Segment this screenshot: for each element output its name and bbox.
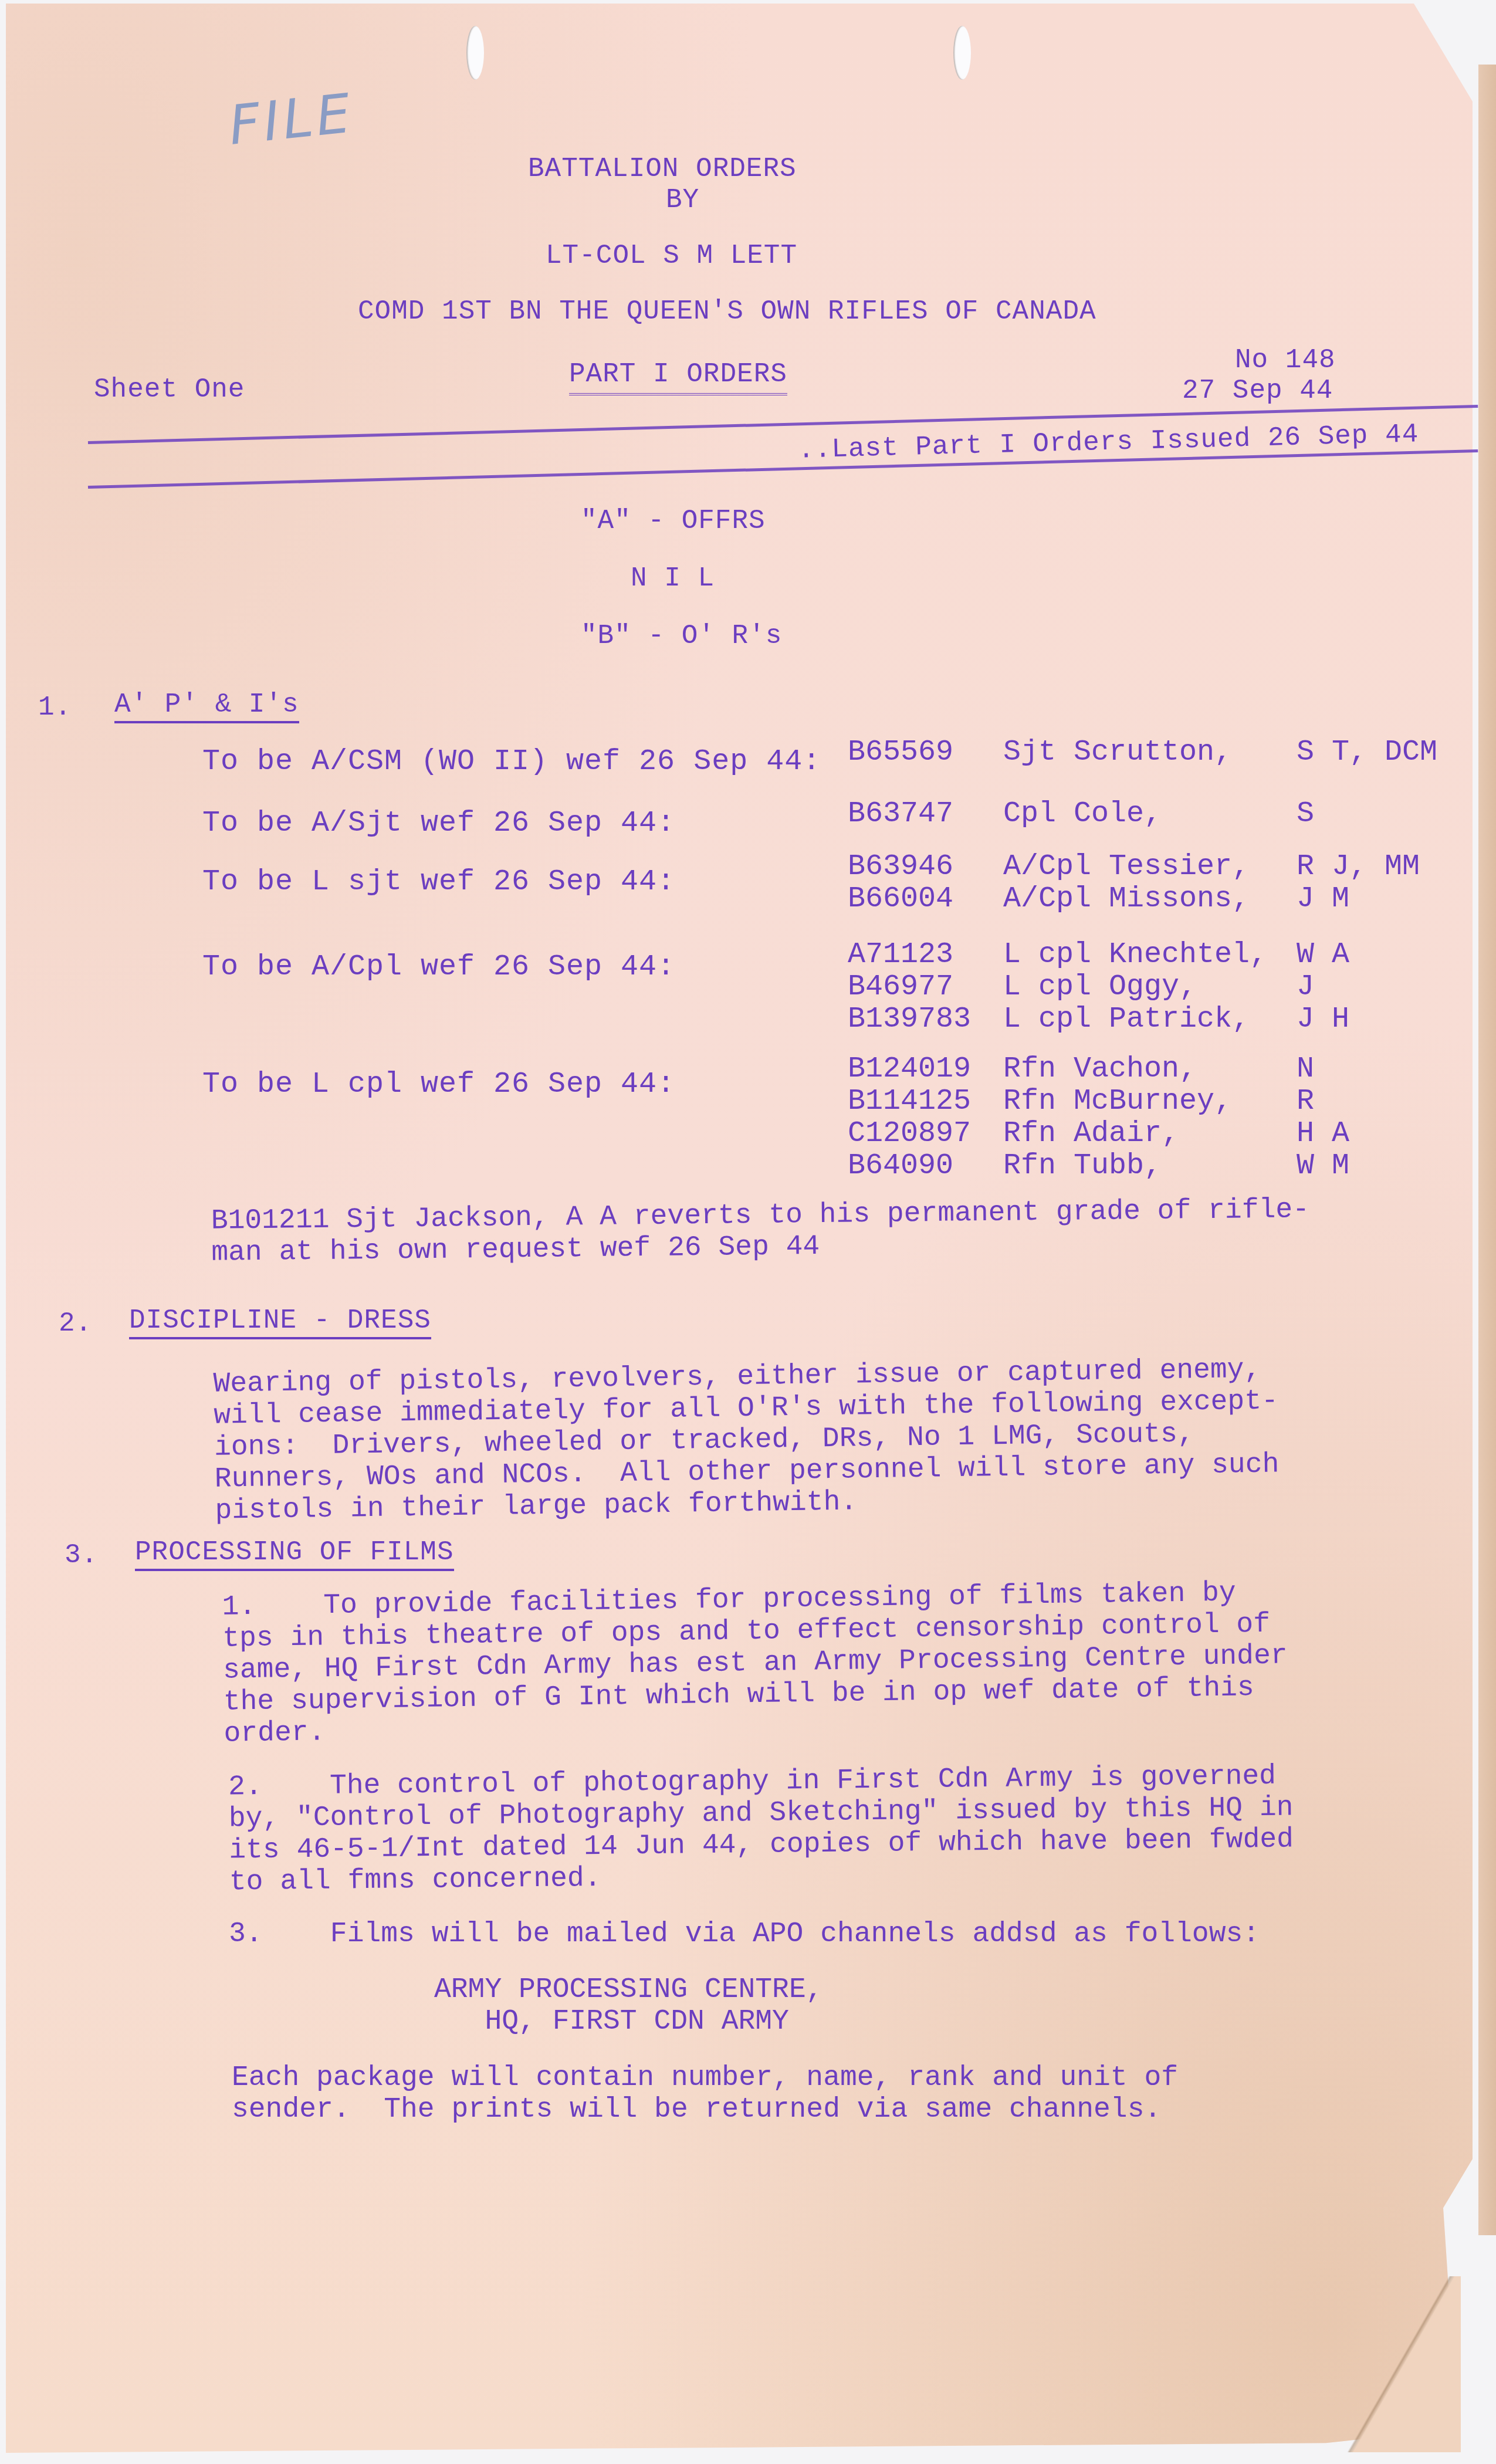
group-entries: B124019Rfn Vachon,N B114125Rfn McBurney,… (848, 1053, 1349, 1182)
handwritten-file-note: FILE (226, 82, 357, 157)
order-date: 27 Sep 44 (1182, 375, 1333, 406)
group-label: To be A/CSM (WO II) wef 26 Sep 44: (202, 745, 821, 779)
item-1-number: 1. (38, 692, 72, 723)
part-orders-title: PART I ORDERS (569, 359, 787, 395)
group-entries: B63946A/Cpl Tessier,R J, MM B66004A/Cpl … (848, 851, 1420, 915)
entry-row: B114125Rfn McBurney,R (848, 1085, 1349, 1118)
item-2-body: Wearing of pistols, revolvers, either is… (213, 1353, 1280, 1527)
group-label: To be A/Sjt wef 26 Sep 44: (202, 807, 675, 840)
entry-row: B63747Cpl Cole,S (848, 798, 1314, 830)
entry-row: B124019Rfn Vachon,N (848, 1053, 1349, 1085)
punch-hole (466, 26, 484, 80)
item-2-number: 2. (59, 1308, 92, 1339)
folded-corner (1343, 2276, 1461, 2452)
order-number: No 148 (1235, 345, 1336, 375)
section-a-title: "A" - OFFRS (581, 506, 766, 536)
entry-row: B66004A/Cpl Missons,J M (848, 883, 1420, 915)
punch-hole (953, 26, 971, 80)
section-a-body: N I L (631, 563, 715, 594)
item-3-para-1: 1. To provide facilities for processing … (222, 1576, 1288, 1749)
header-commander: LT-COL S M LETT (546, 241, 797, 271)
entry-row: B63946A/Cpl Tessier,R J, MM (848, 851, 1420, 883)
entry-row: B64090Rfn Tubb,W M (848, 1150, 1349, 1182)
group-entries: B65569Sjt Scrutton,S T, DCM (848, 736, 1437, 769)
section-b-title: "B" - O' R's (581, 621, 782, 651)
item-3-para-2: 2. The control of photography in First C… (228, 1761, 1294, 1898)
entry-row: A71123L cpl Knechtel,W A (848, 939, 1349, 971)
mailing-address: ARMY PROCESSING CENTRE, HQ, FIRST CDN AR… (434, 1974, 823, 2037)
underlying-page-edge (1478, 65, 1496, 2235)
group-entries: A71123L cpl Knechtel,W A B46977L cpl Ogg… (848, 939, 1349, 1035)
header-title: BATTALION ORDERS (528, 154, 797, 184)
group-entries: B63747Cpl Cole,S (848, 798, 1314, 830)
item-1-heading: A' P' & I's (114, 689, 299, 723)
group-label: To be L cpl wef 26 Sep 44: (202, 1068, 675, 1101)
entry-row: C120897Rfn Adair,H A (848, 1118, 1349, 1150)
header-by: BY (666, 185, 699, 215)
header-unit: COMD 1ST BN THE QUEEN'S OWN RIFLES OF CA… (358, 296, 1096, 327)
group-label: To be L sjt wef 26 Sep 44: (202, 865, 675, 899)
entry-row: B65569Sjt Scrutton,S T, DCM (848, 736, 1437, 769)
group-label: To be A/Cpl wef 26 Sep 44: (202, 950, 675, 984)
item-2-heading: DISCIPLINE - DRESS (129, 1305, 431, 1339)
entry-row: B46977L cpl Oggy,J (848, 971, 1349, 1003)
entry-row: B139783L cpl Patrick,J H (848, 1003, 1349, 1035)
sheet-label: Sheet One (94, 374, 245, 405)
item-3-number: 3. (65, 1540, 98, 1571)
item-3-heading: PROCESSING OF FILMS (135, 1537, 454, 1571)
reversion-notice: B101211 Sjt Jackson, A A reverts to his … (211, 1194, 1309, 1269)
item-3-closing: Each package will contain number, name, … (232, 2062, 1178, 2125)
item-3-para-3: 3. Films will be mailed via APO channels… (229, 1918, 1260, 1950)
